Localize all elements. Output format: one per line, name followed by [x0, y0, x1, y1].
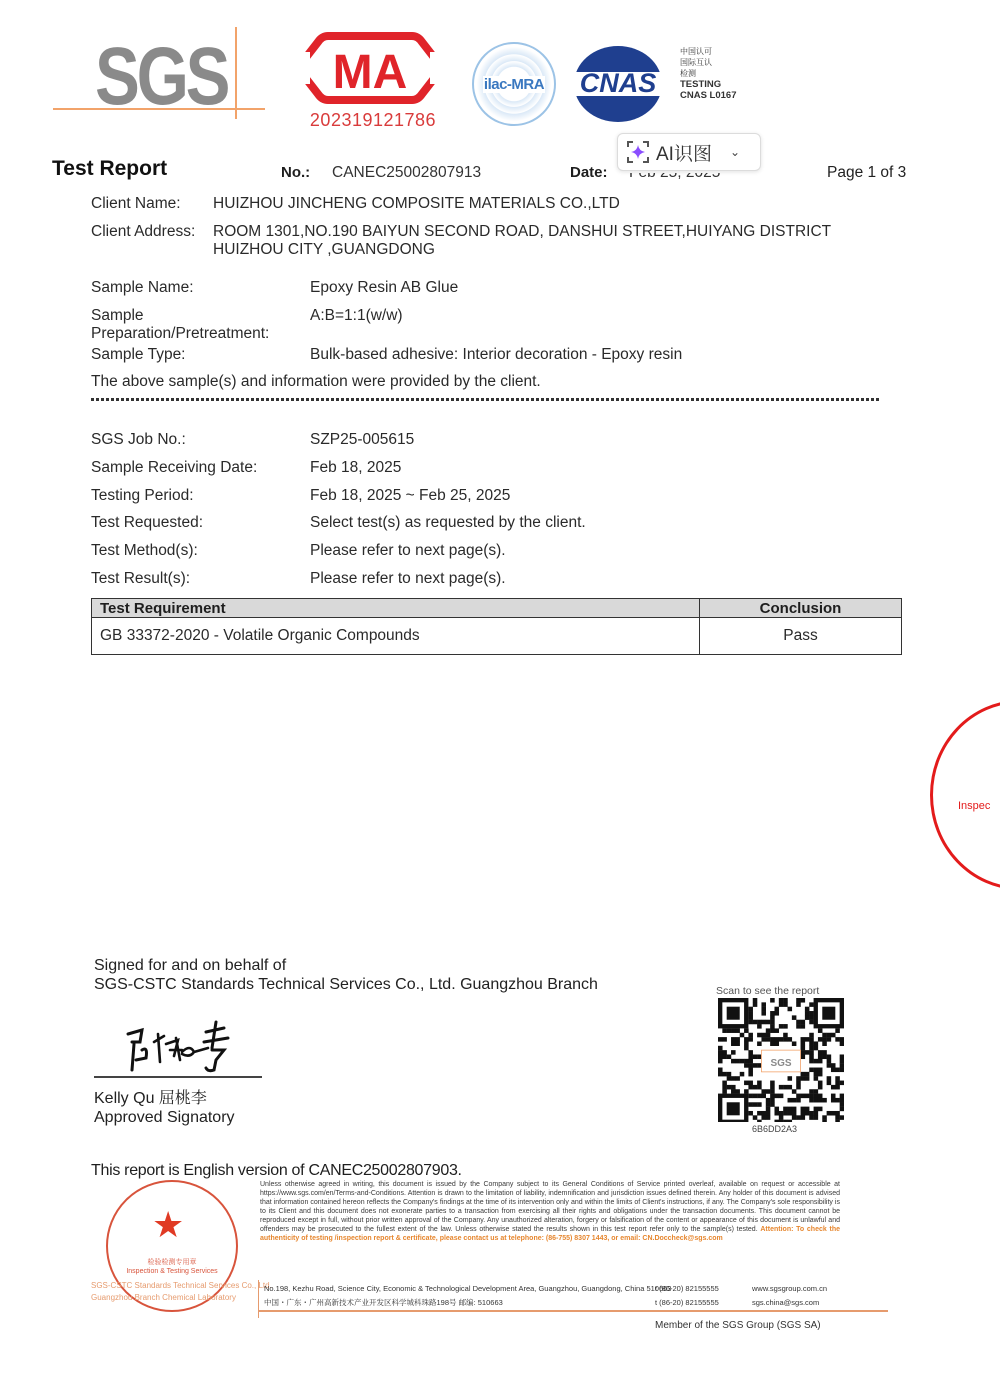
sparkle-scan-icon [626, 140, 650, 164]
conclusion-cell: Pass [700, 618, 902, 655]
star-icon: ★ [152, 1207, 184, 1243]
cnas-caption: 中国认可 国际互认 检测 TESTING CNAS L0167 [680, 46, 737, 101]
logo-rule-vertical [235, 27, 237, 119]
job-field-value: Please refer to next page(s). [310, 542, 506, 560]
report-title: Test Report [52, 157, 167, 181]
logo-rule-horizontal [53, 108, 265, 110]
qr-caption: Scan to see the report [716, 985, 819, 997]
english-version-note: This report is English version of CANEC2… [91, 1162, 462, 1180]
header-test-requirement: Test Requirement [92, 599, 700, 618]
job-field-label: Test Requested: [91, 514, 203, 532]
svg-text:MA: MA [333, 46, 408, 99]
sample-prep-value: A:B=1:1(w/w) [310, 307, 403, 325]
results-table: Test Requirement Conclusion GB 33372-202… [91, 598, 902, 655]
job-field-label: SGS Job No.: [91, 431, 186, 449]
website-link[interactable]: www.sgsgroup.com.cn [752, 1282, 827, 1296]
cnas-logo: CNAS [570, 42, 666, 126]
job-field-value: Feb 18, 2025 [310, 459, 401, 477]
header-conclusion: Conclusion [700, 599, 902, 618]
job-field-value: Please refer to next page(s). [310, 570, 506, 588]
job-field-label: Sample Receiving Date: [91, 459, 257, 477]
requirement-cell: GB 33372-2020 - Volatile Organic Compoun… [92, 618, 700, 655]
client-address-label: Client Address: [91, 223, 195, 241]
svg-text:SGS: SGS [770, 1058, 791, 1069]
ai-recognize-button[interactable]: AI识图 ⌄ [617, 133, 761, 171]
sample-name-value: Epoxy Resin AB Glue [310, 279, 458, 297]
report-no-value: CANEC25002807913 [332, 164, 481, 182]
footer-rule [258, 1310, 888, 1312]
client-address-line1: ROOM 1301,NO.190 BAIYUN SECOND ROAD, DAN… [213, 223, 831, 241]
job-field-value: Feb 18, 2025 ~ Feb 25, 2025 [310, 487, 510, 505]
date-label: Date: [570, 164, 608, 181]
cma-number: 202319121786 [298, 110, 448, 131]
footer-divider [258, 1280, 259, 1318]
sample-prep-label: Sample Preparation/Pretreatment: [91, 307, 269, 343]
signature-line [94, 1076, 262, 1078]
sample-name-label: Sample Name: [91, 279, 194, 297]
qr-code-id: 6B6DD2A3 [752, 1124, 797, 1134]
job-field-label: Test Result(s): [91, 570, 190, 588]
signatory-name: Kelly Qu 屈桃李 [94, 1085, 207, 1108]
disclaimer-text: Unless otherwise agreed in writing, this… [260, 1180, 840, 1243]
sgs-logo: SGS [95, 36, 227, 118]
handwritten-signature [120, 1020, 235, 1075]
seal-caption: 检验检测专用章 Inspection & Testing Services [120, 1258, 224, 1276]
table-row: GB 33372-2020 - Volatile Organic Compoun… [92, 618, 902, 655]
report-no-label: No.: [281, 164, 310, 181]
ai-button-label: AI识图 [656, 139, 712, 166]
client-address-line2: HUIZHOU CITY ,GUANGDONG [213, 241, 435, 259]
job-field-label: Testing Period: [91, 487, 194, 505]
job-field-label: Test Method(s): [91, 542, 198, 560]
qr-code[interactable]: SGS [718, 998, 844, 1122]
provided-note: The above sample(s) and information were… [91, 373, 541, 391]
client-name-label: Client Name: [91, 195, 181, 213]
email-link[interactable]: sgs.china@sgs.com [752, 1296, 827, 1310]
svg-text:CNAS: CNAS [580, 68, 657, 98]
signed-on-behalf: Signed for and on behalf of SGS-CSTC Sta… [94, 956, 598, 994]
ilac-mra-logo: ilac-MRA [472, 42, 556, 126]
job-field-value: SZP25-005615 [310, 431, 414, 449]
client-name-value: HUIZHOU JINCHENG COMPOSITE MATERIALS CO.… [213, 195, 620, 213]
red-seal-stamp [930, 700, 1000, 890]
dashed-separator [91, 398, 881, 401]
page-indicator: Page 1 of 3 [827, 164, 906, 182]
cma-logo: MA [298, 30, 442, 106]
footer-web: www.sgsgroup.com.cn sgs.china@sgs.com [752, 1282, 827, 1310]
footer-telephone: t (86-20) 82155555 t (86-20) 82155555 [655, 1282, 719, 1310]
chevron-down-icon[interactable]: ⌄ [730, 145, 740, 159]
sample-type-label: Sample Type: [91, 346, 186, 364]
member-note: Member of the SGS Group (SGS SA) [655, 1320, 821, 1331]
job-field-value: Select test(s) as requested by the clien… [310, 514, 586, 532]
seal-text: Inspec [958, 800, 990, 812]
signatory-role: Approved Signatory [94, 1109, 235, 1127]
sample-type-value: Bulk-based adhesive: Interior decoration… [310, 346, 682, 364]
footer-address: No.198, Kezhu Road, Science City, Econom… [264, 1282, 671, 1310]
company-footer-name: SGS-CSTC Standards Technical Services Co… [91, 1280, 272, 1304]
